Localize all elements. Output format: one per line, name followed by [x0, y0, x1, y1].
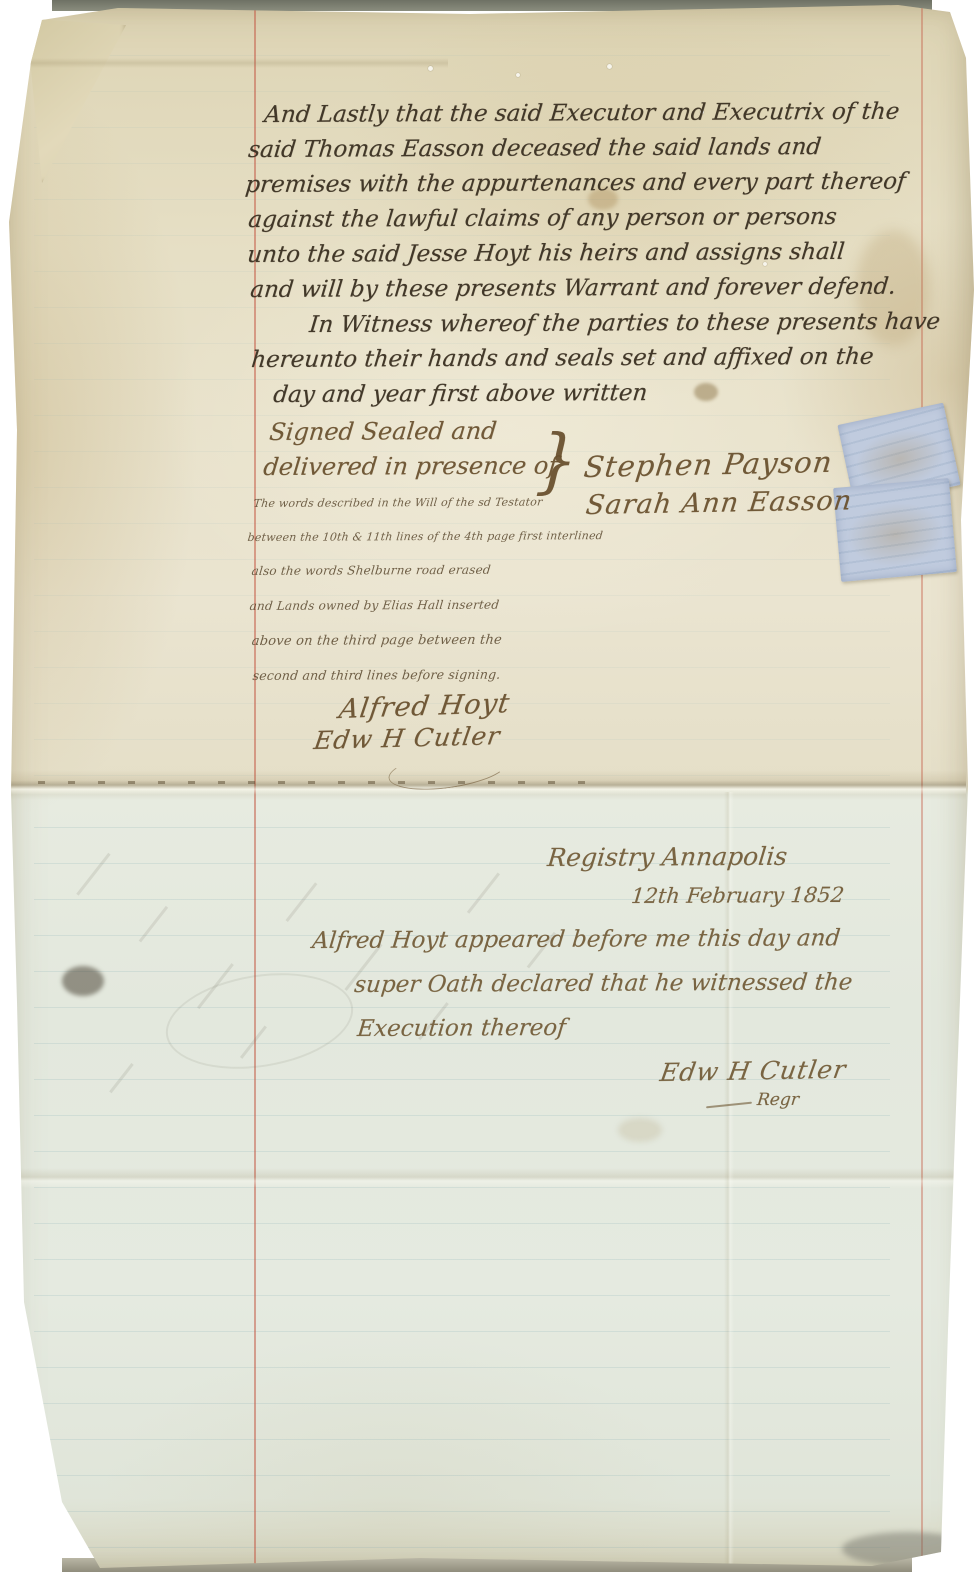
- deed-closing-line: against the lawful claims of any person …: [247, 204, 838, 233]
- deed-closing-line: and will by these presents Warrant and f…: [249, 274, 897, 303]
- pin-hole: [607, 64, 612, 69]
- marginal-note-line: also the words Shelburne road erased: [251, 563, 491, 578]
- faint-stain: [618, 1118, 662, 1142]
- registrar-title: Regr: [756, 1090, 800, 1110]
- pin-hole: [516, 73, 520, 77]
- registry-body-line: super Oath declared that he witnessed th…: [353, 969, 854, 998]
- registry-heading: Registry Annapolis: [546, 842, 789, 872]
- manuscript-page: And Lastly that the said Executor and Ex…: [0, 0, 979, 1577]
- stitch-marks: [38, 781, 598, 784]
- attestation-brace: }: [534, 421, 580, 502]
- deed-closing-line: premises with the appurtenances and ever…: [244, 169, 907, 198]
- witness-clause-line: day and year first above written: [272, 380, 649, 408]
- fold-crease-lower: [8, 1168, 966, 1188]
- pin-hole: [428, 66, 433, 71]
- marginal-note-line: between the 10th & 11th lines of the 4th…: [247, 529, 604, 544]
- witness-clause-line: In Witness whereof the parties to these …: [308, 309, 941, 338]
- registry-body-line: Execution thereof: [356, 1015, 567, 1042]
- deed-closing-line: And Lastly that the said Executor and Ex…: [263, 99, 901, 128]
- registry-body-line: Alfred Hoyt appeared before me this day …: [311, 925, 841, 954]
- party-signature: Stephen Payson: [582, 445, 835, 484]
- dark-smudge: [62, 966, 104, 996]
- scanned-document: And Lastly that the said Executor and Ex…: [0, 0, 979, 1577]
- registrar-signature: Edw H Cutler: [658, 1055, 849, 1087]
- deed-closing-line: said Thomas Easson deceased the said lan…: [247, 134, 822, 163]
- attestation-line: Signed Sealed and: [268, 417, 498, 446]
- registry-date: 12th February 1852: [630, 883, 845, 908]
- attestation-line: delivered in presence of: [262, 451, 559, 481]
- deed-closing-line: unto the said Jesse Hoyt his heirs and a…: [246, 239, 846, 268]
- marginal-note-line: above on the third page between the: [251, 633, 503, 649]
- crease-top: [8, 58, 448, 68]
- vertical-crease: [724, 792, 734, 1572]
- marginal-note-line: The words described in the Will of the s…: [253, 495, 543, 510]
- ink-stain: [694, 383, 718, 401]
- witness-clause-line: hereunto their hands and seals set and a…: [250, 344, 875, 373]
- marginal-note-line: second and third lines before signing.: [252, 667, 501, 683]
- marginal-note-line: and Lands owned by Elias Hall inserted: [249, 598, 500, 613]
- party-signature: Sarah Ann Easson: [584, 485, 854, 521]
- witness-signature: Alfred Hoyt: [337, 688, 512, 725]
